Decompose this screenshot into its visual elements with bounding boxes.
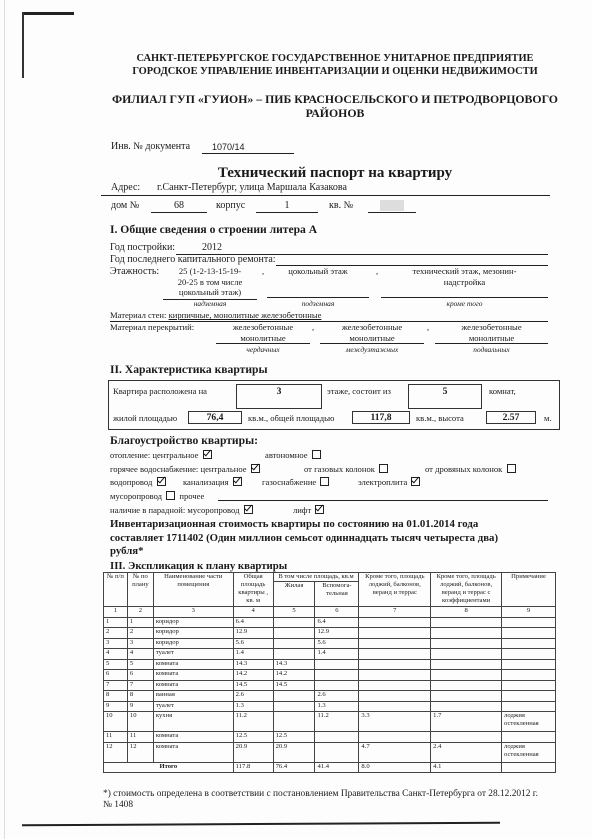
total-aux: 41.4 xyxy=(315,762,359,773)
heating-row: отопление: центральное xyxy=(110,450,214,461)
cell-living xyxy=(273,649,315,660)
table-row: 55комната14.314.3 xyxy=(104,659,556,670)
cell-aux: 1.4 xyxy=(315,649,359,660)
caption-attic: чердачных xyxy=(216,345,310,354)
org-name-line1: САНКТ-ПЕТЕРБУРГСКОЕ ГОСУДАРСТВЕННОЕ УНИТ… xyxy=(100,53,570,66)
hw-wood-label: от дровяных колонок xyxy=(425,464,502,474)
cell-loggia xyxy=(359,638,431,649)
cell-name: коридор xyxy=(153,638,233,649)
cell-n: 10 xyxy=(104,712,128,732)
cell-aux: 1.3 xyxy=(315,701,359,712)
water-checkbox[interactable] xyxy=(157,477,166,486)
building-value: 1 xyxy=(256,200,318,213)
year-built-label: Год постройки: xyxy=(110,242,175,254)
cell-total: 12.5 xyxy=(233,732,273,743)
corner-mark xyxy=(22,12,24,78)
garbage-checkbox[interactable] xyxy=(166,491,175,500)
entrance-garbage-label: мусоропровод xyxy=(187,505,239,515)
cell-name: туалет xyxy=(153,701,233,712)
cell-plan: 12 xyxy=(127,742,153,762)
column-number: 3 xyxy=(153,607,233,618)
header-aux: Вспомога-тельная xyxy=(315,582,359,607)
cell-aux: 11.2 xyxy=(315,712,359,732)
house-value: 68 xyxy=(151,200,207,213)
inv-value: 1070/14 xyxy=(202,141,294,154)
cell-total: 5.6 xyxy=(233,638,273,649)
floors-under-line xyxy=(267,297,369,298)
section2-title: II. Характеристика квартиры xyxy=(110,363,268,376)
floors-above: 25 (1-2-13-15-19- 20-25 в том числе цоко… xyxy=(163,266,257,300)
cell-aux xyxy=(315,732,359,743)
floors-extra-line2: надстройка xyxy=(381,277,548,288)
cell-n: 5 xyxy=(104,659,128,670)
table-row: 99туалет1.31.3 xyxy=(104,701,556,712)
cell-plan: 11 xyxy=(127,732,153,743)
height-label: кв.м., высота xyxy=(416,413,464,424)
cell-name: коридор xyxy=(153,628,233,639)
cell-aux xyxy=(315,659,359,670)
cell-note xyxy=(502,670,556,681)
height-unit: м. xyxy=(544,413,552,424)
floors-extra-line1: технический этаж, мезонин- xyxy=(381,266,548,277)
entrance-row: наличие в парадной: мусоропровод xyxy=(110,505,255,516)
building-label: корпус xyxy=(216,200,245,212)
hw-central-checkbox[interactable] xyxy=(251,464,260,473)
cell-name: комната xyxy=(153,680,233,691)
valuation-line1: Инвентаризационная стоимость квартиры по… xyxy=(110,518,498,532)
total-living: 76.4 xyxy=(273,762,315,773)
cell-name: коридор xyxy=(153,617,233,628)
table-row: 1111комната12.512.5 xyxy=(104,732,556,743)
cell-note xyxy=(502,680,556,691)
total-note xyxy=(502,762,556,773)
floors-above-line3: цокольный этаж) xyxy=(163,287,257,298)
walls-label: Материал стен: xyxy=(110,310,166,320)
cell-aux: 5.6 xyxy=(315,638,359,649)
heating-label: отопление: xyxy=(110,450,150,460)
cell-total: 14.2 xyxy=(233,670,273,681)
doc-title: Технический паспорт на квартиру xyxy=(100,165,570,182)
cell-plan: 3 xyxy=(127,638,153,649)
cell-n: 6 xyxy=(104,670,128,681)
totals-label: Итого xyxy=(104,762,234,773)
valuation-line2: составляет 1711402 (Один миллион семьсот… xyxy=(110,532,498,546)
total-value: 117,8 xyxy=(352,411,410,424)
cell-note xyxy=(502,659,556,670)
garbage: мусоропровод прочее xyxy=(110,491,204,502)
cell-total: 11.2 xyxy=(233,712,273,732)
total-total: 117.8 xyxy=(233,762,273,773)
cell-n: 4 xyxy=(104,649,128,660)
cell-n: 2 xyxy=(104,628,128,639)
hw-wood-checkbox[interactable] xyxy=(507,464,516,473)
total-loggia-k: 4.1 xyxy=(431,762,502,773)
cell-total: 14.5 xyxy=(233,680,273,691)
cell-note xyxy=(502,691,556,702)
cell-n: 9 xyxy=(104,701,128,712)
cell-total: 14.3 xyxy=(233,659,273,670)
column-number: 2 xyxy=(127,607,153,618)
floor-value: 3 xyxy=(236,384,322,409)
cell-loggia-k xyxy=(431,680,502,691)
ceiling-inter-l1: железобетонные xyxy=(320,322,424,333)
cell-name: комната xyxy=(153,670,233,681)
gas-checkbox[interactable] xyxy=(320,477,329,486)
cell-loggia xyxy=(359,617,431,628)
cell-plan: 5 xyxy=(127,659,153,670)
cell-loggia-k: 2.4 xyxy=(431,742,502,762)
footnote-line2: № 1408 xyxy=(103,800,538,811)
cell-total: 1.4 xyxy=(233,649,273,660)
heating-central-checkbox[interactable] xyxy=(203,450,212,459)
cell-aux xyxy=(315,742,359,762)
cell-living: 14.2 xyxy=(273,670,315,681)
caption-above: надземная xyxy=(163,299,257,308)
comma: , xyxy=(427,322,429,333)
stove-checkbox[interactable] xyxy=(411,477,420,486)
hw-gas-checkbox[interactable] xyxy=(379,464,388,473)
column-number: 5 xyxy=(273,607,315,618)
hw-gas-label: от газовых колонок xyxy=(304,464,375,474)
total-loggia: 8.0 xyxy=(359,762,431,773)
header-note: Примечание xyxy=(502,573,556,607)
cell-name: комната xyxy=(153,732,233,743)
cell-living xyxy=(273,712,315,732)
stove-label: электроплита xyxy=(358,477,407,487)
cell-loggia-k xyxy=(431,638,502,649)
valuation-line3: рубля* xyxy=(110,545,498,559)
rooms-post: комнат, xyxy=(489,386,516,397)
ceiling-attic: железобетонные монолитные xyxy=(216,322,310,344)
corner-mark xyxy=(22,12,74,15)
living-label: жилой площадью xyxy=(113,413,177,424)
cell-loggia-k: 1.7 xyxy=(431,712,502,732)
other-label: прочее xyxy=(179,491,204,501)
cell-loggia-k xyxy=(431,701,502,712)
cell-loggia xyxy=(359,691,431,702)
cell-n: 3 xyxy=(104,638,128,649)
ceiling-basement-l2: монолитные xyxy=(435,333,548,344)
gas-label: газоснабжение xyxy=(262,477,316,487)
valuation: Инвентаризационная стоимость квартиры по… xyxy=(110,518,498,559)
cell-loggia xyxy=(359,701,431,712)
heating-auto: автономное xyxy=(265,450,323,461)
table-row: 66комната14.214.2 xyxy=(104,670,556,681)
utilities-row: водопровод xyxy=(110,477,168,488)
cell-loggia-k xyxy=(431,649,502,660)
header-total: Общая площадь квартиры , кв. м xyxy=(233,573,273,607)
section1-title: I. Общие сведения о строении литера А xyxy=(110,223,317,236)
header-living: Жилая xyxy=(273,582,315,607)
cell-note: лоджия остекленная xyxy=(502,742,556,762)
lift-label: лифт xyxy=(293,505,311,515)
table-row: 33коридор5.65.6 xyxy=(104,638,556,649)
cell-loggia-k xyxy=(431,628,502,639)
cell-living xyxy=(273,701,315,712)
bottom-scan-line xyxy=(22,822,500,827)
cell-loggia-k xyxy=(431,732,502,743)
cell-plan: 1 xyxy=(127,617,153,628)
last-repair-value xyxy=(276,254,548,266)
ceiling-basement-l1: железобетонные xyxy=(435,322,548,333)
cell-note xyxy=(502,701,556,712)
table-row: 11коридор6.46.4 xyxy=(104,617,556,628)
cell-living xyxy=(273,691,315,702)
cell-loggia: 4.7 xyxy=(359,742,431,762)
hot-water-label: горячее водоснабжение: xyxy=(110,464,198,474)
header-name: Наименование части помещения xyxy=(153,573,233,607)
table-row: 22коридор12.912.9 xyxy=(104,628,556,639)
cell-aux: 12.9 xyxy=(315,628,359,639)
cell-living: 14.5 xyxy=(273,680,315,691)
living-value: 76,4 xyxy=(188,411,242,424)
table-row: 44туалет1.41.4 xyxy=(104,649,556,660)
table-row: 88ванная2.62.6 xyxy=(104,691,556,702)
branch-name-line1: ФИЛИАЛ ГУП «ГУИОН» – ПИБ КРАСНОСЕЛЬСКОГО… xyxy=(100,92,570,106)
garbage-label: мусоропровод xyxy=(110,491,162,501)
rooms-value: 5 xyxy=(408,384,482,409)
cell-n: 8 xyxy=(104,691,128,702)
heating-auto-label: автономное xyxy=(265,450,308,460)
cell-total: 6.4 xyxy=(233,617,273,628)
floors-label: Этажность: xyxy=(110,266,159,278)
lift-checkbox[interactable] xyxy=(315,505,324,514)
cell-loggia: 3.3 xyxy=(359,712,431,732)
column-number: 8 xyxy=(431,607,502,618)
cell-living: 20.9 xyxy=(273,742,315,762)
floors-above-line2: 20-25 в том числе xyxy=(163,277,257,288)
cell-name: комната xyxy=(153,742,233,762)
cell-living: 14.3 xyxy=(273,659,315,670)
ceiling-attic-l2: монолитные xyxy=(216,333,310,344)
cell-note xyxy=(502,732,556,743)
ceilings-label: Материал перекрытий: xyxy=(110,322,194,333)
cell-note xyxy=(502,649,556,660)
floors-extra-line xyxy=(381,297,548,298)
cell-aux xyxy=(315,680,359,691)
gas: газоснабжение xyxy=(262,477,331,488)
cell-note: лоджия остекленная xyxy=(502,712,556,732)
inv-label: Инв. № документа xyxy=(111,141,190,153)
comma: , xyxy=(262,266,264,277)
cell-plan: 4 xyxy=(127,649,153,660)
cell-loggia-k xyxy=(431,659,502,670)
other-line xyxy=(218,500,548,501)
scan-edge xyxy=(4,0,5,839)
cell-aux: 2.6 xyxy=(315,691,359,702)
entrance-label: наличие в парадной: xyxy=(110,505,185,515)
column-number: 7 xyxy=(359,607,431,618)
footnote: *) стоимость определена в соответствии с… xyxy=(103,789,538,811)
org-name-line2: ГОРОДСКОЕ УПРАВЛЕНИЕ ИНВЕНТАРИЗАЦИИ И ОЦ… xyxy=(100,66,570,79)
cell-name: ванная xyxy=(153,691,233,702)
cell-n: 7 xyxy=(104,680,128,691)
header-incl: В том числе площадь, кв.м xyxy=(273,573,359,582)
cell-name: кухня xyxy=(153,712,233,732)
sewer-checkbox[interactable] xyxy=(233,477,242,486)
sewer: канализация xyxy=(183,477,244,488)
hot-water-row: горячее водоснабжение: центральное xyxy=(110,464,262,475)
walls-value: кирпичные, монолитные железобетонные xyxy=(169,310,322,320)
comma: , xyxy=(376,266,378,277)
column-numbers-row: 123456789 xyxy=(104,607,556,618)
cell-n: 11 xyxy=(104,732,128,743)
sewer-label: канализация xyxy=(183,477,229,487)
hw-central-label: центральное xyxy=(200,464,246,474)
entrance-garbage-checkbox[interactable] xyxy=(244,505,253,514)
cell-total: 12.9 xyxy=(233,628,273,639)
last-repair-label: Год последнего капитального ремонта: xyxy=(110,254,276,266)
cell-note xyxy=(502,638,556,649)
walls-row: Материал стен: кирпичные, монолитные жел… xyxy=(110,310,548,322)
cell-total: 20.9 xyxy=(233,742,273,762)
ceiling-basement: железобетонные монолитные xyxy=(435,322,548,344)
heating-auto-checkbox[interactable] xyxy=(312,450,321,459)
cell-living xyxy=(273,628,315,639)
header-num: № п/п xyxy=(104,573,128,607)
redacted-block xyxy=(380,200,404,211)
column-number: 6 xyxy=(315,607,359,618)
explication-table: № п/п № по плану Наименование части поме… xyxy=(103,572,556,773)
cell-loggia xyxy=(359,732,431,743)
house-label: дом № xyxy=(111,200,139,212)
cell-name: комната xyxy=(153,659,233,670)
caption-extra: кроме того xyxy=(381,299,548,308)
cell-name: туалет xyxy=(153,649,233,660)
cell-plan: 7 xyxy=(127,680,153,691)
header-loggia: Кроме того, площадь лоджий, балконов, ве… xyxy=(359,573,431,607)
column-number: 9 xyxy=(502,607,556,618)
table-row: 1010кухня11.211.23.31.7лоджия остекленна… xyxy=(104,712,556,732)
height-value: 2.57 xyxy=(486,411,536,424)
cell-total: 1.3 xyxy=(233,701,273,712)
address-value: г.Санкт-Петербург, улица Маршала Казаков… xyxy=(157,182,347,194)
hw-wood: от дровяных колонок xyxy=(425,464,518,475)
totals-row: Итого117.876.441.48.04.1 xyxy=(104,762,556,773)
lift: лифт xyxy=(293,505,326,516)
floors-under: цокольный этаж xyxy=(267,266,369,277)
caption-under: подземная xyxy=(267,299,369,308)
cell-loggia-k xyxy=(431,691,502,702)
table-row: 1212комната20.920.94.72.4лоджия остеклен… xyxy=(104,742,556,762)
apt-value xyxy=(368,200,416,213)
header-plan: № по плану xyxy=(127,573,153,607)
cell-loggia xyxy=(359,670,431,681)
cell-loggia xyxy=(359,680,431,691)
cell-plan: 2 xyxy=(127,628,153,639)
header-loggia-k: Кроме того, площадь лоджий, балконов, ве… xyxy=(431,573,502,607)
cell-plan: 9 xyxy=(127,701,153,712)
cell-total: 2.6 xyxy=(233,691,273,702)
cell-loggia-k xyxy=(431,617,502,628)
floors-extra: технический этаж, мезонин- надстройка xyxy=(381,266,548,287)
comma: , xyxy=(312,322,314,333)
footnote-line1: *) стоимость определена в соответствии с… xyxy=(103,789,538,800)
cell-aux: 6.4 xyxy=(315,617,359,628)
caption-basement: подвальных xyxy=(435,345,548,354)
branch-name-line2: РАЙОНОВ xyxy=(100,106,570,120)
cell-note xyxy=(502,628,556,639)
hw-gas: от газовых колонок xyxy=(304,464,390,475)
column-number: 1 xyxy=(104,607,128,618)
address-label: Адрес: xyxy=(111,182,140,194)
water-label: водопровод xyxy=(110,477,152,487)
address-line: Адрес: г.Санкт-Петербург, улица Маршала … xyxy=(101,182,550,196)
cell-living xyxy=(273,638,315,649)
column-number: 4 xyxy=(233,607,273,618)
total-label: кв.м., общей площадью xyxy=(248,413,334,424)
ceiling-inter-l2: монолитные xyxy=(320,333,424,344)
stove: электроплита xyxy=(358,477,422,488)
amenities-title: Благоустройство квартиры: xyxy=(110,434,258,447)
cell-plan: 10 xyxy=(127,712,153,732)
rooms-pre: этаже, состоит из xyxy=(327,386,391,397)
cell-n: 1 xyxy=(104,617,128,628)
heating-central-label: центральное xyxy=(152,450,198,460)
cell-loggia xyxy=(359,649,431,660)
cell-loggia-k xyxy=(431,670,502,681)
cell-plan: 6 xyxy=(127,670,153,681)
table-row: 77комната14.514.5 xyxy=(104,680,556,691)
cell-aux xyxy=(315,670,359,681)
caption-inter: междуэтажных xyxy=(320,345,424,354)
apt-label: кв. № xyxy=(329,200,353,212)
cell-loggia xyxy=(359,628,431,639)
ceiling-inter: железобетонные монолитные xyxy=(320,322,424,344)
cell-n: 12 xyxy=(104,742,128,762)
cell-living xyxy=(273,617,315,628)
cell-loggia xyxy=(359,659,431,670)
cell-living: 12.5 xyxy=(273,732,315,743)
ceiling-attic-l1: железобетонные xyxy=(216,322,310,333)
cell-plan: 8 xyxy=(127,691,153,702)
floors-above-line1: 25 (1-2-13-15-19- xyxy=(163,266,257,277)
cell-note xyxy=(502,617,556,628)
floor-label: Квартира расположена на xyxy=(113,386,207,397)
section3-title: III. Экспликация к плану квартиры xyxy=(110,560,287,572)
